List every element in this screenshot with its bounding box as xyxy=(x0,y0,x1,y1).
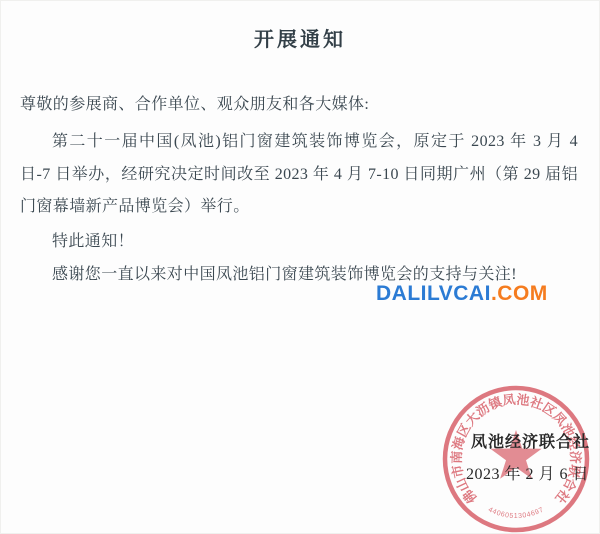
svg-text:4406051304697: 4406051304697 xyxy=(487,506,545,520)
salutation-line: 尊敬的参展商、合作单位、观众朋友和各大媒体: xyxy=(20,89,578,122)
seal-serial-number: 4406051304697 xyxy=(487,506,545,520)
watermark: DALILVCAI.COM xyxy=(376,282,548,306)
watermark-site-tld: .COM xyxy=(491,282,548,305)
notice-document-page: 开展通知 尊敬的参展商、合作单位、观众朋友和各大媒体: 第二十一届中国(凤池)铝… xyxy=(0,0,600,534)
signature-org-name: 凤池经济联合社 xyxy=(471,429,590,452)
notice-line: 特此通知！ xyxy=(20,226,578,259)
signature-date: 2023 年 2 月 6 日 xyxy=(466,461,589,484)
body-paragraph: 第二十一届中国(凤池)铝门窗建筑装饰博览会，原定于 2023 年 3 月 4 日… xyxy=(20,126,578,224)
document-title: 开展通知 xyxy=(0,0,600,52)
official-seal: 佛山市南海区大沥镇凤池社区凤池经济联合社 4406051304697 xyxy=(440,383,592,534)
document-body: 尊敬的参展商、合作单位、观众朋友和各大媒体: 第二十一届中国(凤池)铝门窗建筑装… xyxy=(0,52,600,292)
watermark-site-name: DALILVCAI xyxy=(376,282,491,305)
